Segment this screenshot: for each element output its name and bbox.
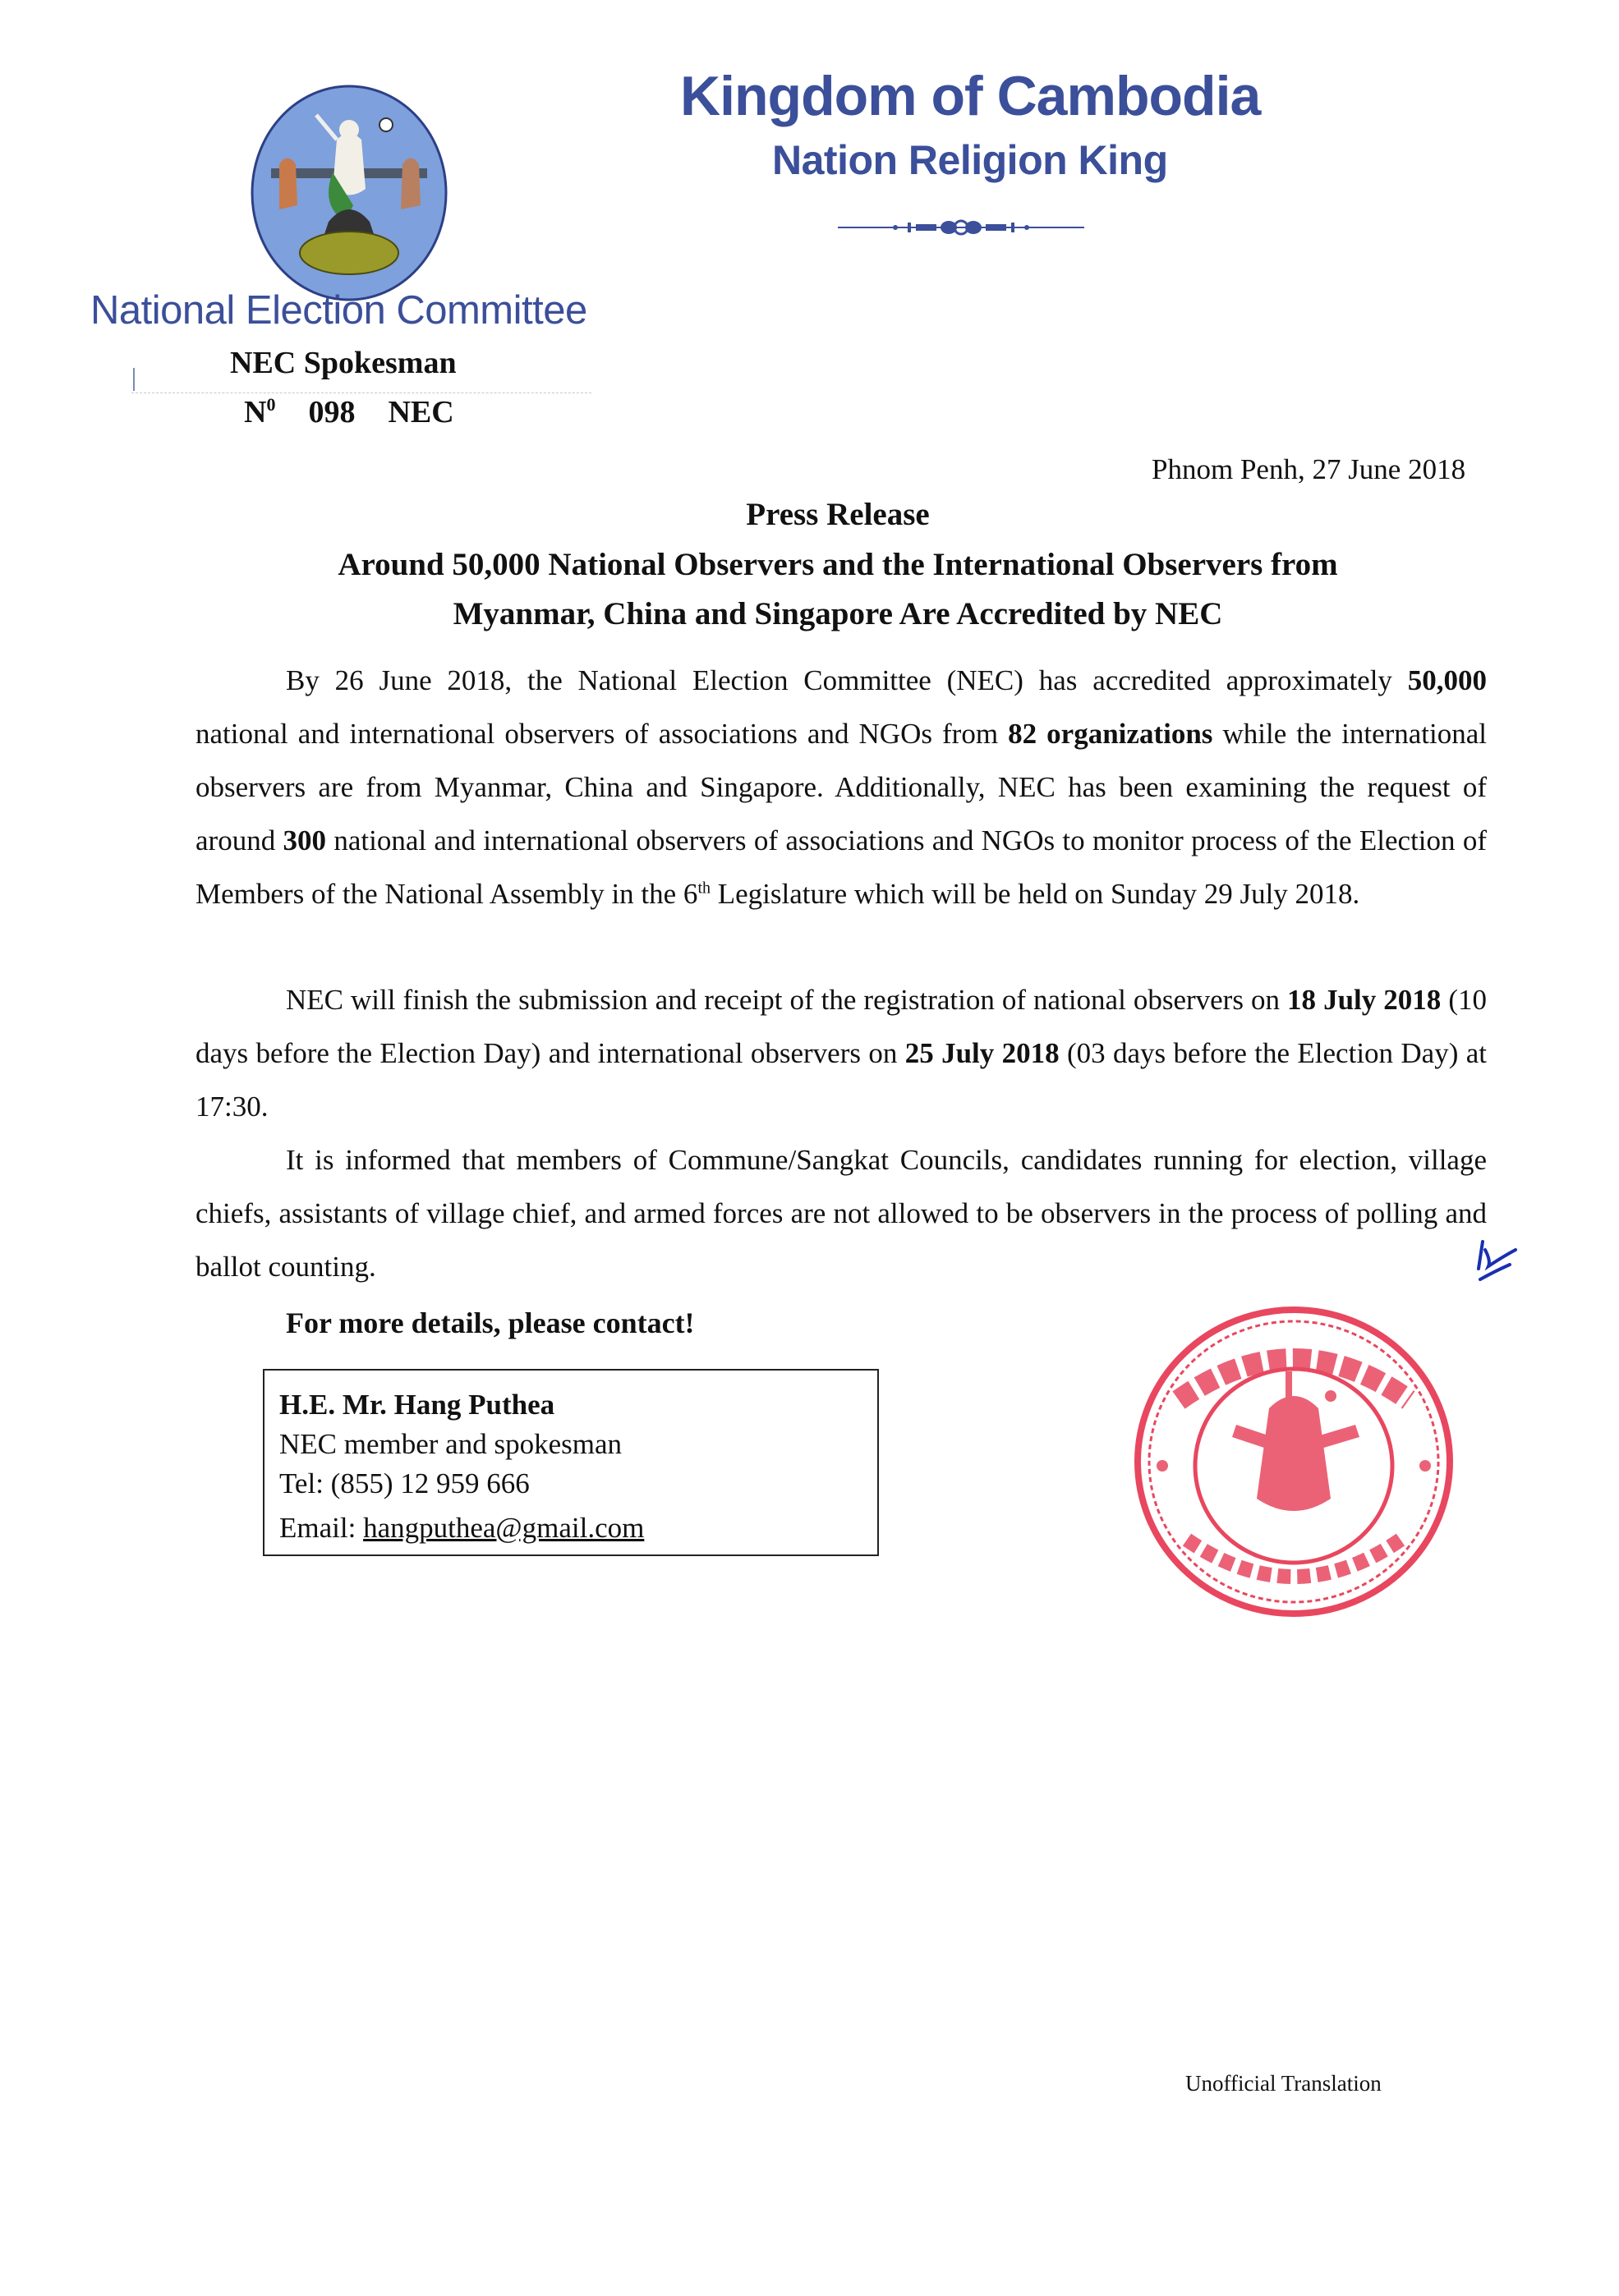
headline: Around 50,000 National Observers and the… (197, 540, 1479, 639)
international-deadline: 25 July 2018 (905, 1037, 1060, 1069)
reference-prefix: N (244, 395, 266, 429)
national-deadline: 18 July 2018 (1287, 984, 1441, 1016)
country-title: Kingdom of Cambodia (680, 64, 1260, 128)
contact-lead: For more details, please contact! (286, 1306, 695, 1340)
margin-mark (133, 368, 135, 391)
contact-phone: Tel: (855) 12 959 666 (279, 1464, 877, 1504)
text: It is informed that members of Commune/S… (195, 1144, 1487, 1283)
reference-number: N0098NEC (244, 394, 454, 430)
footer-note: Unofficial Translation (1185, 2071, 1382, 2096)
text: By 26 June 2018, the National Election C… (286, 664, 1408, 696)
ordinal-suffix: th (697, 879, 711, 897)
contact-name: H.E. Mr. Hang Puthea (279, 1385, 877, 1425)
office-title: NEC Spokesman (230, 345, 457, 381)
text: Legislature which will be held on Sunday… (711, 878, 1359, 910)
email-link[interactable]: hangputhea@gmail.com (363, 1512, 644, 1544)
headline-line-1: Around 50,000 National Observers and the… (197, 540, 1479, 590)
contact-email-row: Email: hangputhea@gmail.com (279, 1508, 877, 1548)
pending-request-count: 300 (283, 824, 327, 856)
reference-prefix-superscript: 0 (266, 394, 275, 415)
place-and-date: Phnom Penh, 27 June 2018 (1152, 453, 1465, 486)
nec-emblem-icon (246, 82, 452, 304)
text: NEC will finish the submission and recei… (286, 984, 1287, 1016)
national-motto: Nation Religion King (772, 136, 1168, 184)
contact-box: H.E. Mr. Hang Puthea NEC member and spok… (263, 1369, 879, 1556)
contact-role: NEC member and spokesman (279, 1425, 877, 1464)
handwritten-initials-icon (1470, 1232, 1528, 1289)
header-divider (131, 393, 591, 393)
organization-count: 82 organizations (1008, 718, 1212, 750)
reference-value: 098 (308, 395, 355, 429)
email-label: Email: (279, 1512, 363, 1544)
paragraph-deadlines: NEC will finish the submission and recei… (195, 973, 1487, 1133)
reference-suffix: NEC (388, 395, 453, 429)
headline-line-2: Myanmar, China and Singapore Are Accredi… (197, 590, 1479, 639)
ornamental-divider-icon (838, 215, 1084, 240)
paragraph-accreditation: By 26 June 2018, the National Election C… (195, 654, 1487, 921)
organization-name: National Election Committee (90, 287, 587, 333)
paragraph-restrictions: It is informed that members of Commune/S… (195, 1133, 1487, 1293)
text: national and international observers of … (195, 718, 1008, 750)
document-type: Press Release (0, 496, 1619, 533)
official-seal-icon (1129, 1302, 1458, 1622)
observer-count: 50,000 (1408, 664, 1487, 696)
